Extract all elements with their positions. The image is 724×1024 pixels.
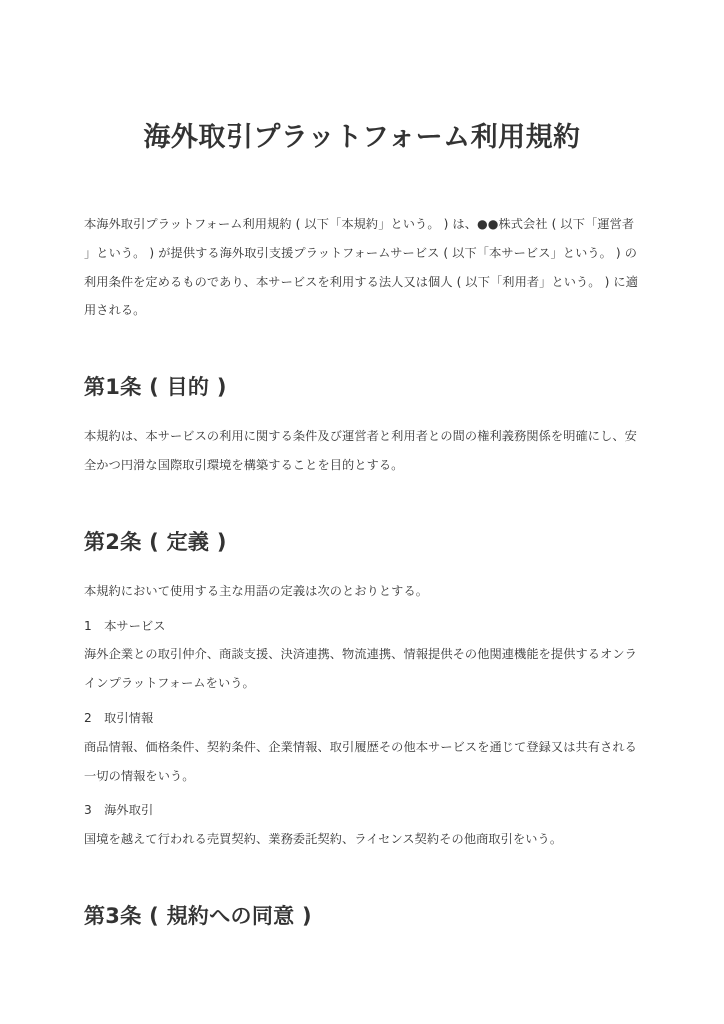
article-1-heading: 第1条 ( 目的 ) (84, 373, 640, 402)
intro-paragraph: 本海外取引プラットフォーム利用規約 ( 以下「本規約」という。 ) は、●●株式… (84, 210, 640, 325)
article-2-heading: 第2条 ( 定義 ) (84, 528, 640, 557)
definition-item-3: 3 海外取引 国境を越えて行われる売買契約、業務委託契約、ライセンス契約その他商… (84, 796, 640, 854)
article-1-body: 本規約は、本サービスの利用に関する条件及び運営者と利用者との間の権利義務関係を明… (84, 422, 640, 480)
article-2-lead: 本規約において使用する主な用語の定義は次のとおりとする。 (84, 577, 640, 606)
document-page: 海外取引プラットフォーム利用規約 本海外取引プラットフォーム利用規約 ( 以下「… (0, 0, 724, 1024)
article-3-heading: 第3条 ( 規約への同意 ) (84, 902, 640, 931)
definition-item-2: 2 取引情報 商品情報、価格条件、契約条件、企業情報、取引履歴その他本サービスを… (84, 704, 640, 790)
definition-item-1: 1 本サービス 海外企業との取引仲介、商談支援、決済連携、物流連携、情報提供その… (84, 612, 640, 698)
document-title: 海外取引プラットフォーム利用規約 (84, 121, 640, 155)
